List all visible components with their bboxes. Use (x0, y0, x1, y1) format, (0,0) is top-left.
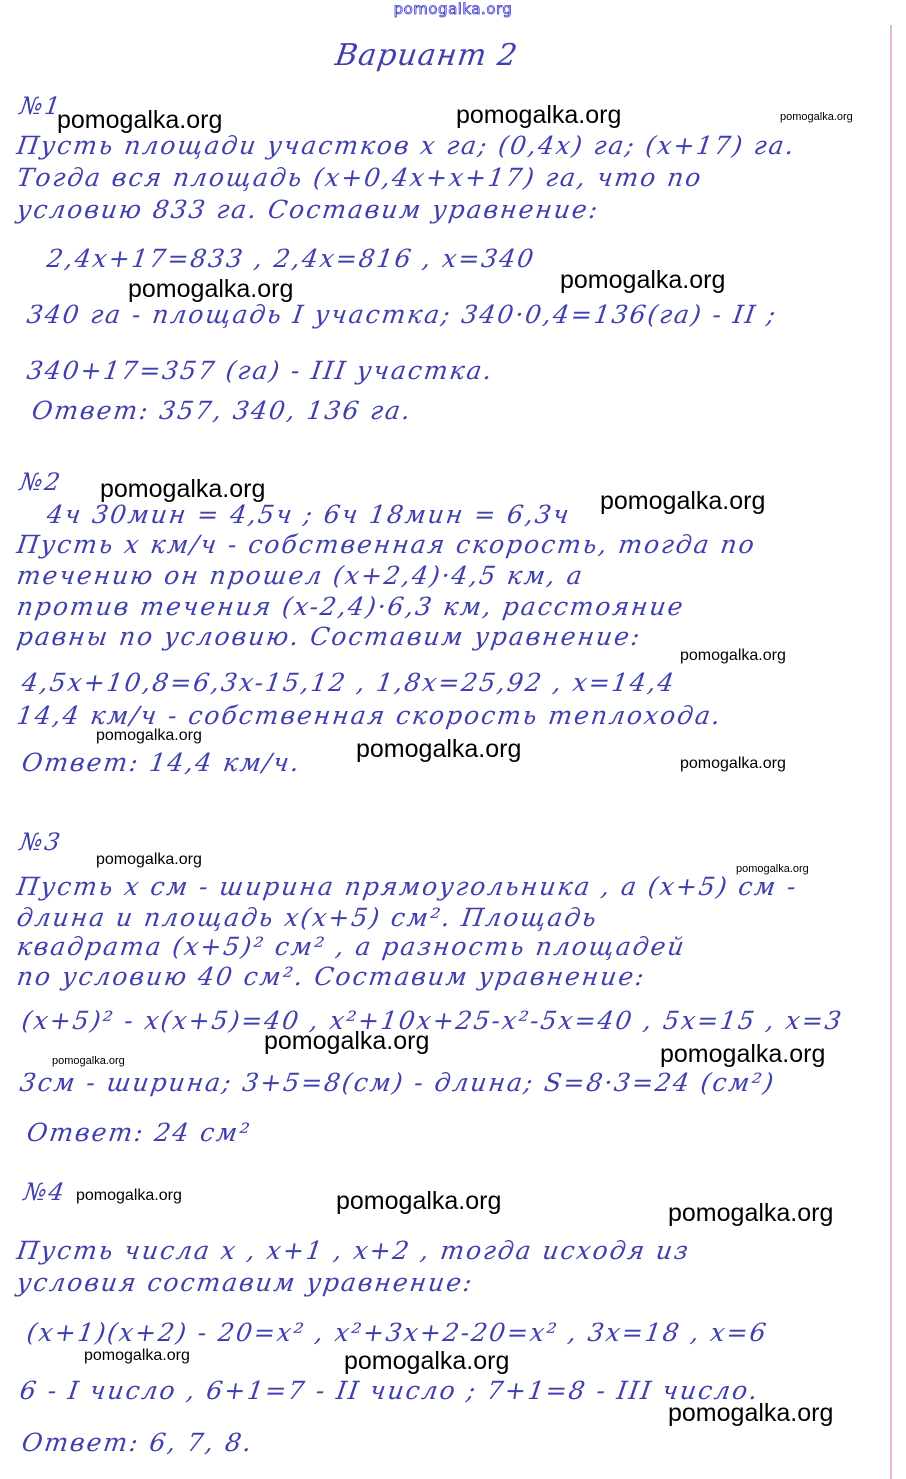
task1-line: Тогда вся площадь (x+0,4x+x+17) га, что … (15, 163, 705, 192)
watermark: pomogalka.org (356, 735, 521, 764)
task1-equation: 2,4x+17=833 , 2,4x=816 , x=340 (45, 244, 537, 273)
watermark: pomogalka.org (680, 755, 786, 773)
watermark: pomogalka.org (100, 475, 265, 504)
task3-line: квадрата (x+5)² см² , а разность площаде… (15, 932, 688, 961)
task3-line: 3см - ширина; 3+5=8(см) - длина; S=8·3=2… (18, 1068, 777, 1097)
task3-line: по условию 40 см². Составим уравнение: (15, 962, 648, 991)
task3-number: №3 (18, 828, 64, 856)
watermark: pomogalka.org (344, 1347, 509, 1376)
watermark: pomogalka.org (128, 275, 293, 304)
watermark: pomogalka.org (76, 1187, 182, 1205)
task2-line: 14,4 км/ч - собственная скорость теплохо… (15, 701, 724, 730)
task2-equation: 4,5x+10,8=6,3x-15,12 , 1,8x=25,92 , x=14… (20, 668, 678, 697)
watermark: pomogalka.org (668, 1399, 833, 1428)
watermark: pomogalka.org (52, 1055, 125, 1067)
task4-answer: Ответ: 6, 7, 8. (20, 1428, 255, 1457)
task2-line: равны по условию. Составим уравнение: (15, 622, 644, 651)
task2-line: Пусть x км/ч - собственная скорость, тог… (15, 530, 758, 559)
task3-line: Пусть x см - ширина прямоугольника , а (… (15, 872, 800, 901)
watermark: pomogalka.org (668, 1199, 833, 1228)
task4-line: условия составим уравнение: (15, 1268, 476, 1297)
task1-line: Пусть площади участков x га; (0,4x) га; … (15, 131, 798, 160)
watermark: pomogalka.org (680, 647, 786, 665)
watermark: pomogalka.org (57, 106, 222, 135)
task4-number: №4 (22, 1178, 68, 1206)
task2-answer: Ответ: 14,4 км/ч. (20, 748, 303, 777)
notebook-margin-line (890, 25, 892, 1479)
watermark: pomogalka.org (96, 851, 202, 869)
watermark: pomogalka.org (560, 266, 725, 295)
watermark: pomogalka.org (660, 1040, 825, 1069)
task2-number: №2 (18, 468, 64, 496)
task4-equation: (x+1)(x+2) - 20=x² , x²+3x+2-20=x² , 3x=… (25, 1318, 770, 1347)
task3-line: длина и площадь x(x+5) см². Площадь (15, 903, 600, 932)
watermark: pomogalka.org (600, 487, 765, 516)
task1-answer: Ответ: 357, 340, 136 га. (30, 396, 414, 425)
watermark: pomogalka.org (780, 111, 853, 123)
watermark: pomogalka.org (736, 863, 809, 875)
watermark: pomogalka.org (96, 727, 202, 745)
task2-line: течению он прошел (x+2,4)·4,5 км, а (15, 561, 586, 590)
watermark: pomogalka.org (264, 1027, 429, 1056)
task3-equation: (x+5)² - x(x+5)=40 , x²+10x+25-x²-5x=40 … (20, 1006, 845, 1035)
task3-answer: Ответ: 24 см² (25, 1118, 253, 1147)
task1-line: 340 га - площадь I участка; 340·0,4=136(… (25, 300, 779, 329)
task4-line: 6 - I число , 6+1=7 - II число ; 7+1=8 -… (18, 1376, 761, 1405)
site-watermark-top: pomogalka.org (0, 0, 906, 18)
watermark: pomogalka.org (336, 1187, 501, 1216)
task2-line: 4ч 30мин = 4,5ч ; 6ч 18мин = 6,3ч (45, 500, 573, 529)
task1-line: условию 833 га. Составим уравнение: (15, 195, 601, 224)
watermark: pomogalka.org (84, 1347, 190, 1365)
task4-line: Пусть числа x , x+1 , x+2 , тогда исходя… (15, 1236, 692, 1265)
page-title: Вариант 2 (333, 38, 520, 73)
watermark: pomogalka.org (456, 101, 621, 130)
task2-line: против течения (x-2,4)·6,3 км, расстояни… (15, 592, 687, 621)
task1-line: 340+17=357 (га) - III участка. (25, 356, 496, 385)
